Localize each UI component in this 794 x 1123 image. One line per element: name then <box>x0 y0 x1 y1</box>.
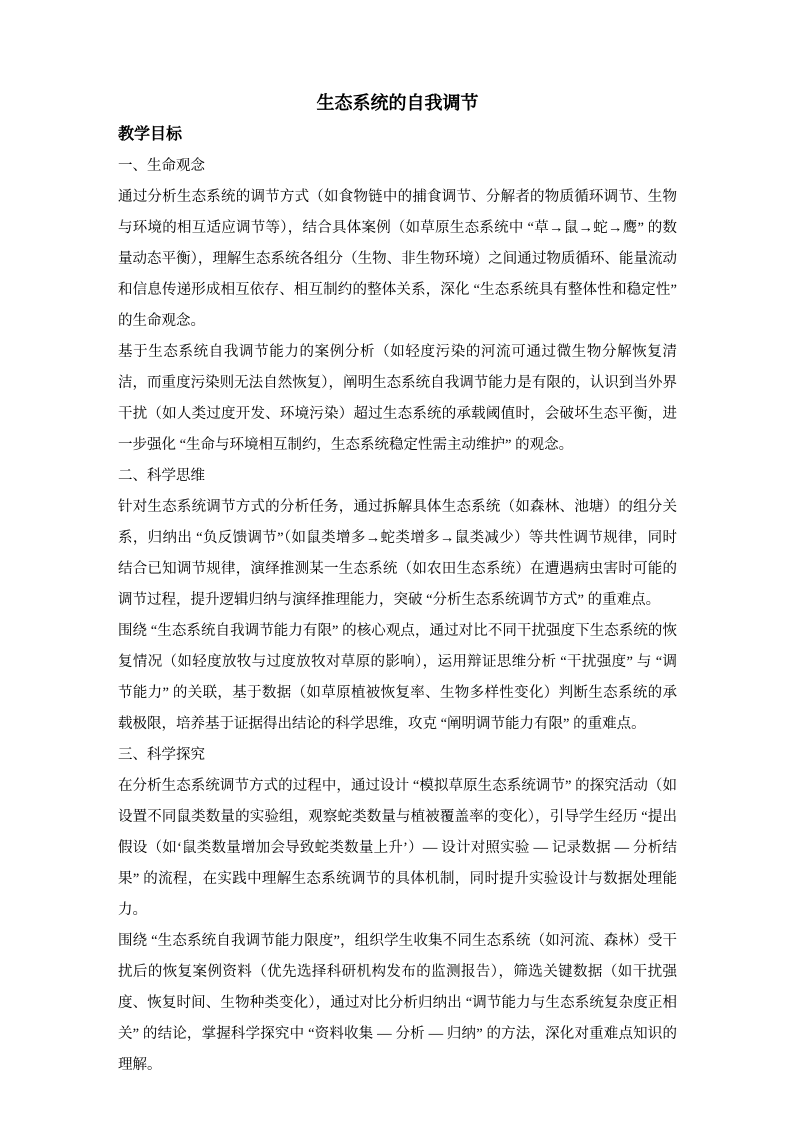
paragraph-scientific-thinking-2: 围绕 “生态系统自我调节能力有限” 的核心观点，通过对比不同干扰强度下生态系统的… <box>118 616 677 740</box>
paragraph-scientific-thinking-1: 针对生态系统调节方式的分析任务，通过拆解具体生态系统（如森林、池塘）的组分关系，… <box>118 492 677 616</box>
paragraph-scientific-inquiry-1: 在分析生态系统调节方式的过程中，通过设计 “模拟草原生态系统调节” 的探究活动（… <box>118 771 677 926</box>
paragraph-scientific-inquiry-2: 围绕 “生态系统自我调节能力限度”，组织学生收集不同生态系统（如河流、森林）受干… <box>118 926 677 1081</box>
paragraph-life-concept-2: 基于生态系统自我调节能力的案例分析（如轻度污染的河流可通过微生物分解恢复清洁，而… <box>118 337 677 461</box>
subheading-scientific-inquiry: 三、科学探究 <box>118 740 677 771</box>
document-title: 生态系统的自我调节 <box>118 88 677 119</box>
subheading-life-concept: 一、生命观念 <box>118 151 677 182</box>
subheading-scientific-thinking: 二、科学思维 <box>118 461 677 492</box>
paragraph-life-concept-1: 通过分析生态系统的调节方式（如食物链中的捕食调节、分解者的物质循环调节、生物与环… <box>118 182 677 337</box>
heading-teaching-objectives: 教学目标 <box>118 119 677 151</box>
document-page: 生态系统的自我调节 教学目标 一、生命观念 通过分析生态系统的调节方式（如食物链… <box>0 0 794 1123</box>
